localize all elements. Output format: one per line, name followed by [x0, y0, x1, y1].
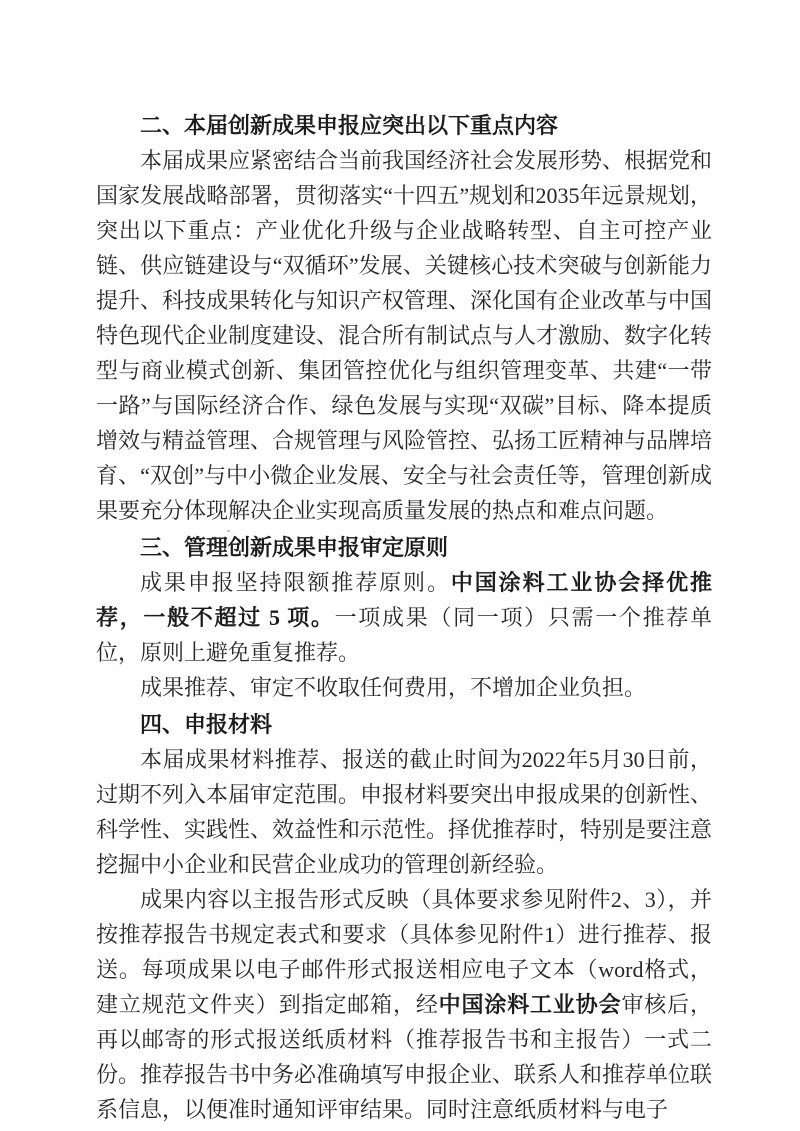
paragraph: 本届成果应紧密结合当前我国经济社会发展形势、根据党和国家发展战略部署，贯彻落实“… [96, 143, 712, 528]
text-run: 本届成果材料推荐、报送的截止时间为2022年5月30日前，过期不列入本届审定范围… [96, 747, 712, 877]
paragraph: 成果申报坚持限额推荐原则。中国涂料工业协会择优推荐，一般不超过 5 项。一项成果… [96, 565, 712, 670]
bold-text-run: 三、管理创新成果申报审定原则 [140, 535, 448, 560]
paragraph: 本届成果材料推荐、报送的截止时间为2022年5月30日前，过期不列入本届审定范围… [96, 742, 712, 882]
section-heading: 三、管理创新成果申报审定原则 [96, 530, 712, 565]
bold-text-run: 二、本届创新成果申报应突出以下重点内容 [140, 113, 558, 138]
bold-text-run: 中国涂料工业协会 [439, 992, 622, 1017]
paragraph: 成果推荐、审定不收取任何费用，不增加企业负担。 [96, 670, 712, 705]
bold-text-run: 四、申报材料 [140, 712, 272, 737]
document-body: 二、本届创新成果申报应突出以下重点内容本届成果应紧密结合当前我国经济社会发展形势… [96, 108, 712, 1127]
document-page: 二、本届创新成果申报应突出以下重点内容本届成果应紧密结合当前我国经济社会发展形势… [0, 0, 800, 1131]
section-heading: 二、本届创新成果申报应突出以下重点内容 [96, 108, 712, 143]
text-run: 成果推荐、审定不收取任何费用，不增加企业负担。 [140, 675, 646, 700]
scan-speck [227, 530, 230, 532]
text-run: 本届成果应紧密结合当前我国经济社会发展形势、根据党和国家发展战略部署，贯彻落实“… [96, 148, 712, 523]
section-heading: 四、申报材料 [96, 707, 712, 742]
paragraph: 成果内容以主报告形式反映（具体要求参见附件2、3），并按推荐报告书规定表式和要求… [96, 882, 712, 1127]
text-run: 成果申报坚持限额推荐原则。 [140, 570, 451, 595]
